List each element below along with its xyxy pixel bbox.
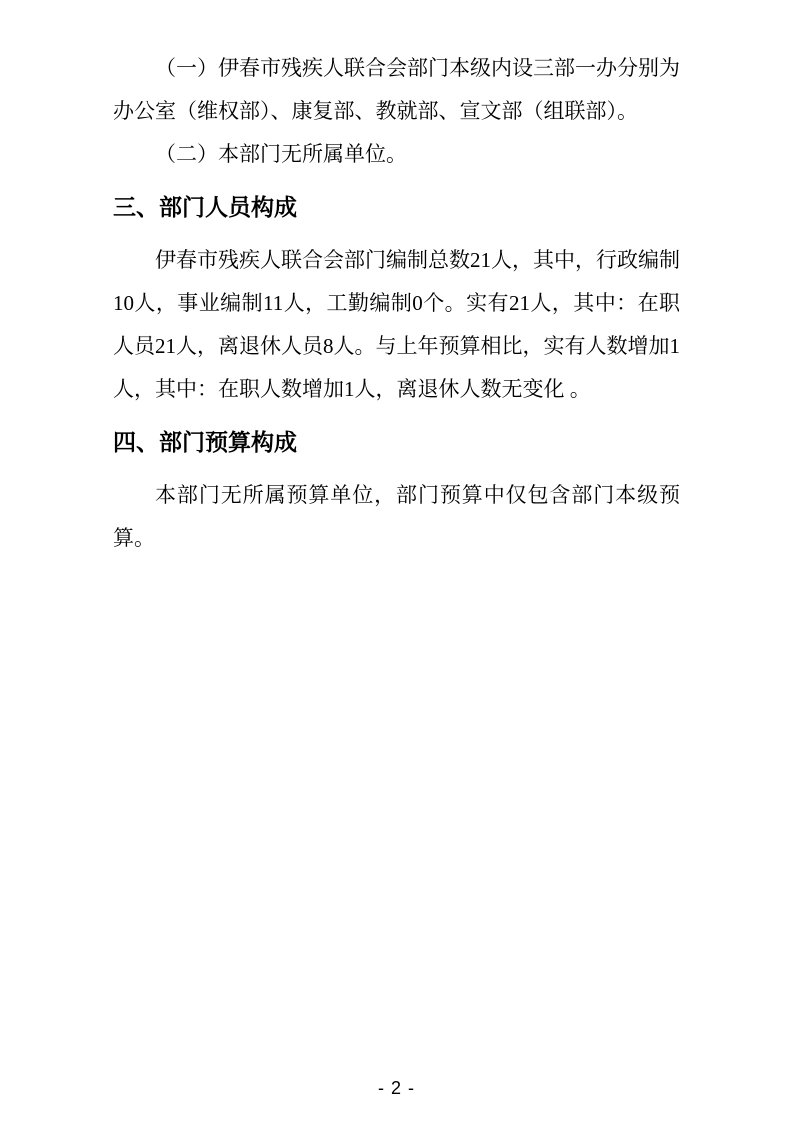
section-body-personnel: 伊春市残疾人联合会部门编制总数21人，其中，行政编制10人，事业编制11人，工勤… xyxy=(113,239,680,411)
intro-item-2: （二）本部门无所属单位。 xyxy=(113,133,680,176)
section-heading-budget-structure: 四、部门预算构成 xyxy=(113,420,680,464)
page-footer: - 2 - xyxy=(0,1078,793,1099)
document-body: （一）伊春市残疾人联合会部门本级内设三部一办分别为办公室（维权部）、康复部、教就… xyxy=(113,47,680,560)
section-body-budget-structure: 本部门无所属预算单位，部门预算中仅包含部门本级预算。 xyxy=(113,474,680,560)
section-heading-personnel: 三、部门人员构成 xyxy=(113,185,680,229)
document-page: （一）伊春市残疾人联合会部门本级内设三部一办分别为办公室（维权部）、康复部、教就… xyxy=(0,0,793,1122)
intro-item-1: （一）伊春市残疾人联合会部门本级内设三部一办分别为办公室（维权部）、康复部、教就… xyxy=(113,47,680,133)
page-number: - 2 - xyxy=(378,1078,415,1098)
